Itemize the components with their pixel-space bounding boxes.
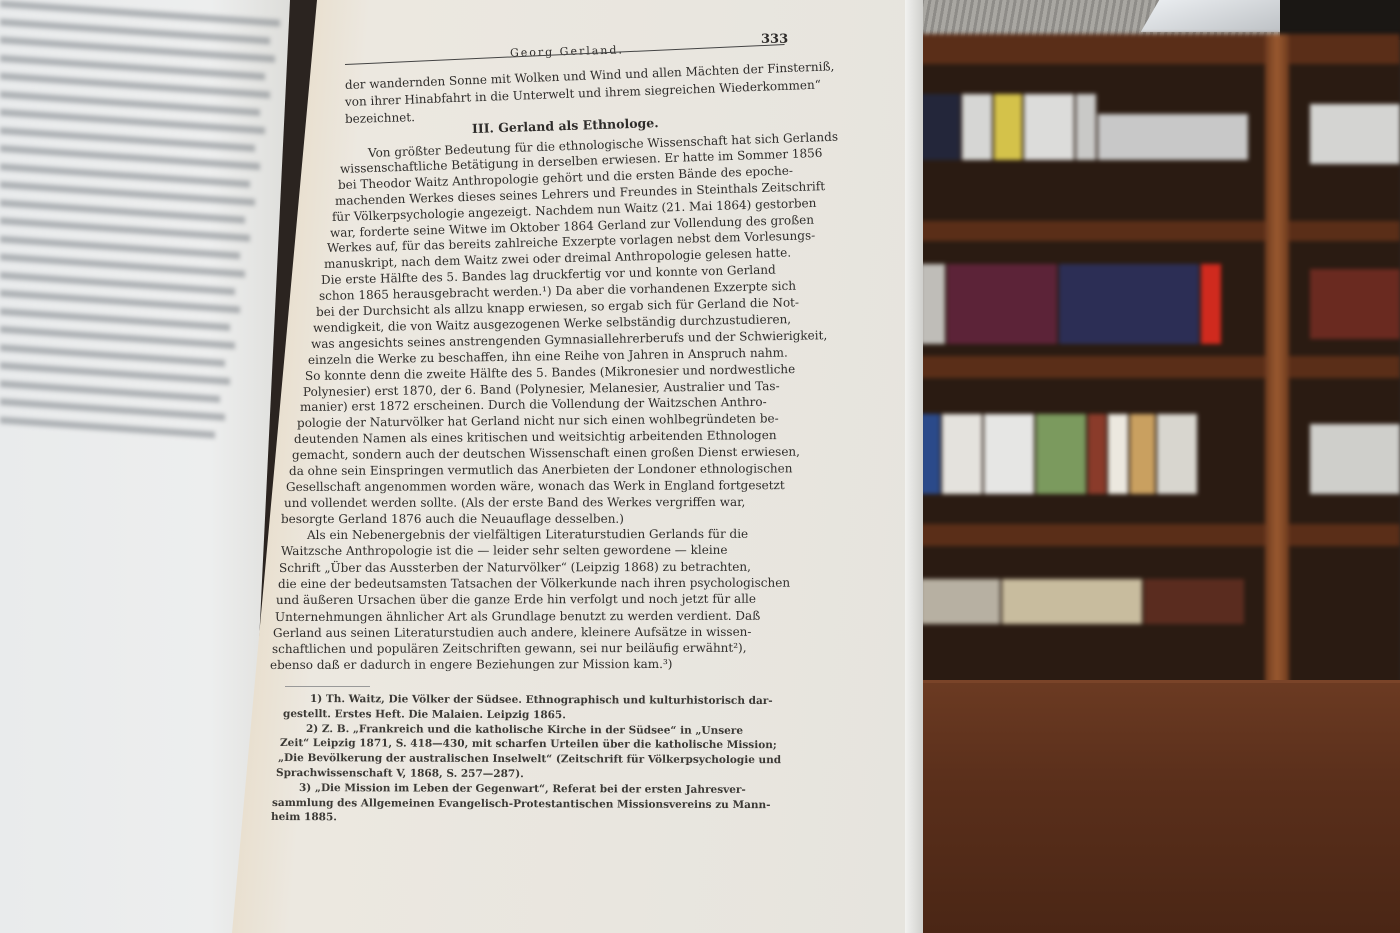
- body-line: ebenso daß er dadurch in engere Beziehun…: [270, 657, 673, 672]
- footnote-line: „Die Bevölkerung der australischen Insel…: [278, 751, 781, 767]
- body-line: und äußeren Ursachen über die ganze Erde…: [276, 592, 756, 607]
- footnote-line: Zeit“ Leipzig 1871, S. 418—430, mit scha…: [280, 736, 777, 752]
- footnote-line: 1) Th. Waitz, Die Völker der Südsee. Eth…: [310, 692, 773, 708]
- footnote-line: sammlung des Allgemeinen Evangelisch-Pro…: [272, 796, 771, 812]
- body-line: die eine der bedeutsamsten Tatsachen der…: [277, 576, 789, 591]
- page-content: Georg Gerland. 333 der wandernden Sonne …: [0, 0, 1400, 933]
- body-line: Als ein Nebenergebnis der vielfältigen L…: [307, 527, 748, 542]
- footnote-line: Sprachwissenschaft V, 1868, S. 257—287).: [276, 766, 524, 781]
- body-line: Gesellschaft angenommen worden wäre, won…: [286, 478, 785, 494]
- body-line: deutenden Namen als eines kritischen und…: [294, 428, 777, 446]
- section-heading: III. Gerland als Ethnologe.: [472, 116, 659, 136]
- body-line: da ohne sein Einspringen vermutlich das …: [289, 461, 793, 478]
- body-line: Waitzsche Anthropologie ist die — leider…: [280, 543, 727, 558]
- body-line: gemacht, sondern auch der deutschen Wiss…: [292, 445, 800, 462]
- body-line: besorgte Gerland 1876 auch die Neuauflag…: [281, 511, 624, 525]
- body-line: Gerland aus seinen Literaturstudien auch…: [273, 625, 752, 640]
- footnote-rule: [285, 686, 370, 687]
- body-line: bezeichnet.: [345, 110, 415, 126]
- body-line: und vollendet werden sollte. (Als der er…: [284, 495, 745, 510]
- footnote-line: 2) Z. B. „Frankreich und die katholische…: [306, 722, 743, 738]
- body-line: Schrift „Über das Aussterben der Naturvö…: [279, 559, 751, 574]
- body-line: Unternehmungen ähnlicher Art als Grundla…: [274, 608, 759, 623]
- body-line: pologie der Naturvölker hat Gerland nich…: [297, 412, 779, 431]
- footnote-line: gestellt. Erstes Heft. Die Malaien. Leip…: [283, 707, 566, 722]
- footnote-line: 3) „Die Mission im Leben der Gegenwart“,…: [299, 781, 746, 797]
- body-line: schaftlichen und populären Zeitschriften…: [271, 641, 746, 656]
- footnote-line: heim 1885.: [271, 810, 337, 824]
